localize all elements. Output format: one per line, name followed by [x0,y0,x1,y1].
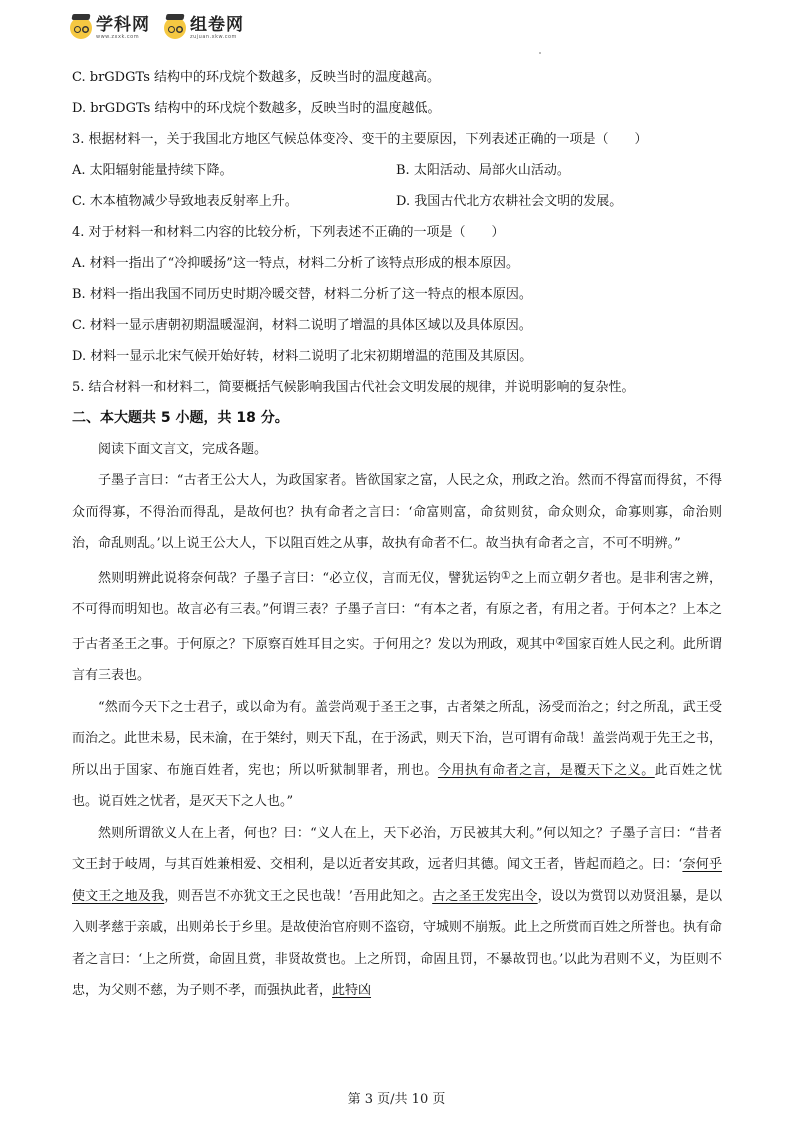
section-2-instruction: 阅读下面文言文，完成各题。 [72,434,722,465]
q3-option-d: D. 我国古代北方农耕社会文明的发展。 [396,186,720,217]
passage-text: 然则所谓欲义人在上者，何也？曰：“义人在上，天下必治，万民被其大利。”何以知之？… [72,826,722,873]
brand-url: zujuan.xkw.com [190,35,244,40]
underlined-sentence: 今用执有命者之言，是覆天下之义。 [438,763,655,778]
q2-option-c: C. brGDGTs 结构中的环戊烷个数越多，反映当时的温度越高。 [72,62,722,93]
brand-xuekewang[interactable]: 学科网 www.zxxk.com [70,17,150,40]
passage-paragraph-4: 然则所谓欲义人在上者，何也？曰：“义人在上，天下必治，万民被其大利。”何以知之？… [72,818,722,1007]
q3-options-row-2: C. 木本植物减少导致地表反射率上升。 D. 我国古代北方农耕社会文明的发展。 [72,186,722,217]
q2-option-d: D. brGDGTs 结构中的环戊烷个数越多，反映当时的温度越低。 [72,93,722,124]
decorative-dot [539,52,541,54]
q3-stem: 3. 根据材料一，关于我国北方地区气候总体变冷、变干的主要原因，下列表述正确的一… [72,124,722,155]
q4-option-a: A. 材料一指出了“冷抑暖扬”这一特点，材料二分析了该特点形成的根本原因。 [72,248,722,279]
passage-text: ，则吾岂不亦犹文王之民也哉！’吾用此知之。 [164,889,432,904]
q3-options-row-1: A. 太阳辐射能量持续下降。 B. 太阳活动、局部火山活动。 [72,155,722,186]
q3-option-b: B. 太阳活动、局部火山活动。 [396,155,720,186]
brand-name: 学科网 [96,17,150,34]
brand-zujuanwang[interactable]: 组卷网 zujuan.xkw.com [164,17,244,40]
page-content: C. brGDGTs 结构中的环戊烷个数越多，反映当时的温度越高。 D. brG… [72,62,722,1007]
passage-text: ，设以为赏罚以劝贤沮暴，是以入则孝慈于亲戚，出则弟长于乡里。是故使治官府则不盗窃… [72,889,722,999]
graduation-cap-mascot-icon [164,17,186,39]
q3-option-a: A. 太阳辐射能量持续下降。 [72,155,396,186]
passage-text: 然则明辨此说将奈何哉？子墨子言曰：“必立仪，言而无仪，譬犹运钧 [98,571,501,586]
site-header: 学科网 www.zxxk.com 组卷网 zujuan.xkw.com [70,10,244,46]
q4-option-b: B. 材料一指出我国不同历史时期冷暖交替，材料二分析了这一特点的根本原因。 [72,279,722,310]
q4-option-d: D. 材料一显示北宋气候开始好转，材料二说明了北宋初期增温的范围及其原因。 [72,341,722,372]
passage-paragraph-1: 子墨子言曰：“古者王公大人，为政国家者。皆欲国家之富，人民之众，刑政之治。然而不… [72,465,722,560]
brand-name: 组卷网 [190,17,244,34]
page-number: 第 3 页/共 10 页 [0,1088,793,1107]
graduation-cap-mascot-icon [70,17,92,39]
footnote-marker-2: ② [555,635,565,648]
section-2-title: 二、本大题共 5 小题，共 18 分。 [72,403,722,434]
q5-stem: 5. 结合材料一和材料二，简要概括气候影响我国古代社会文明发展的规律，并说明影响… [72,372,722,403]
underlined-sentence: 古之圣王发宪出令 [432,889,537,904]
q3-option-c: C. 木本植物减少导致地表反射率上升。 [72,186,396,217]
q4-option-c: C. 材料一显示唐朝初期温暖湿润，材料二说明了增温的具体区域以及具体原因。 [72,310,722,341]
q4-stem: 4. 对于材料一和材料二内容的比较分析，下列表述不正确的一项是（ ） [72,217,722,248]
footnote-marker-1: ① [501,569,511,582]
passage-paragraph-2: 然则明辨此说将奈何哉？子墨子言曰：“必立仪，言而无仪，譬犹运钧①之上而立朝夕者也… [72,560,722,692]
brand-url: www.zxxk.com [96,35,150,40]
passage-paragraph-3: “然而今天下之士君子，或以命为有。盖尝尚观于圣王之事，古者桀之所乱，汤受而治之；… [72,692,722,818]
underlined-sentence: 此特凶 [332,983,371,998]
